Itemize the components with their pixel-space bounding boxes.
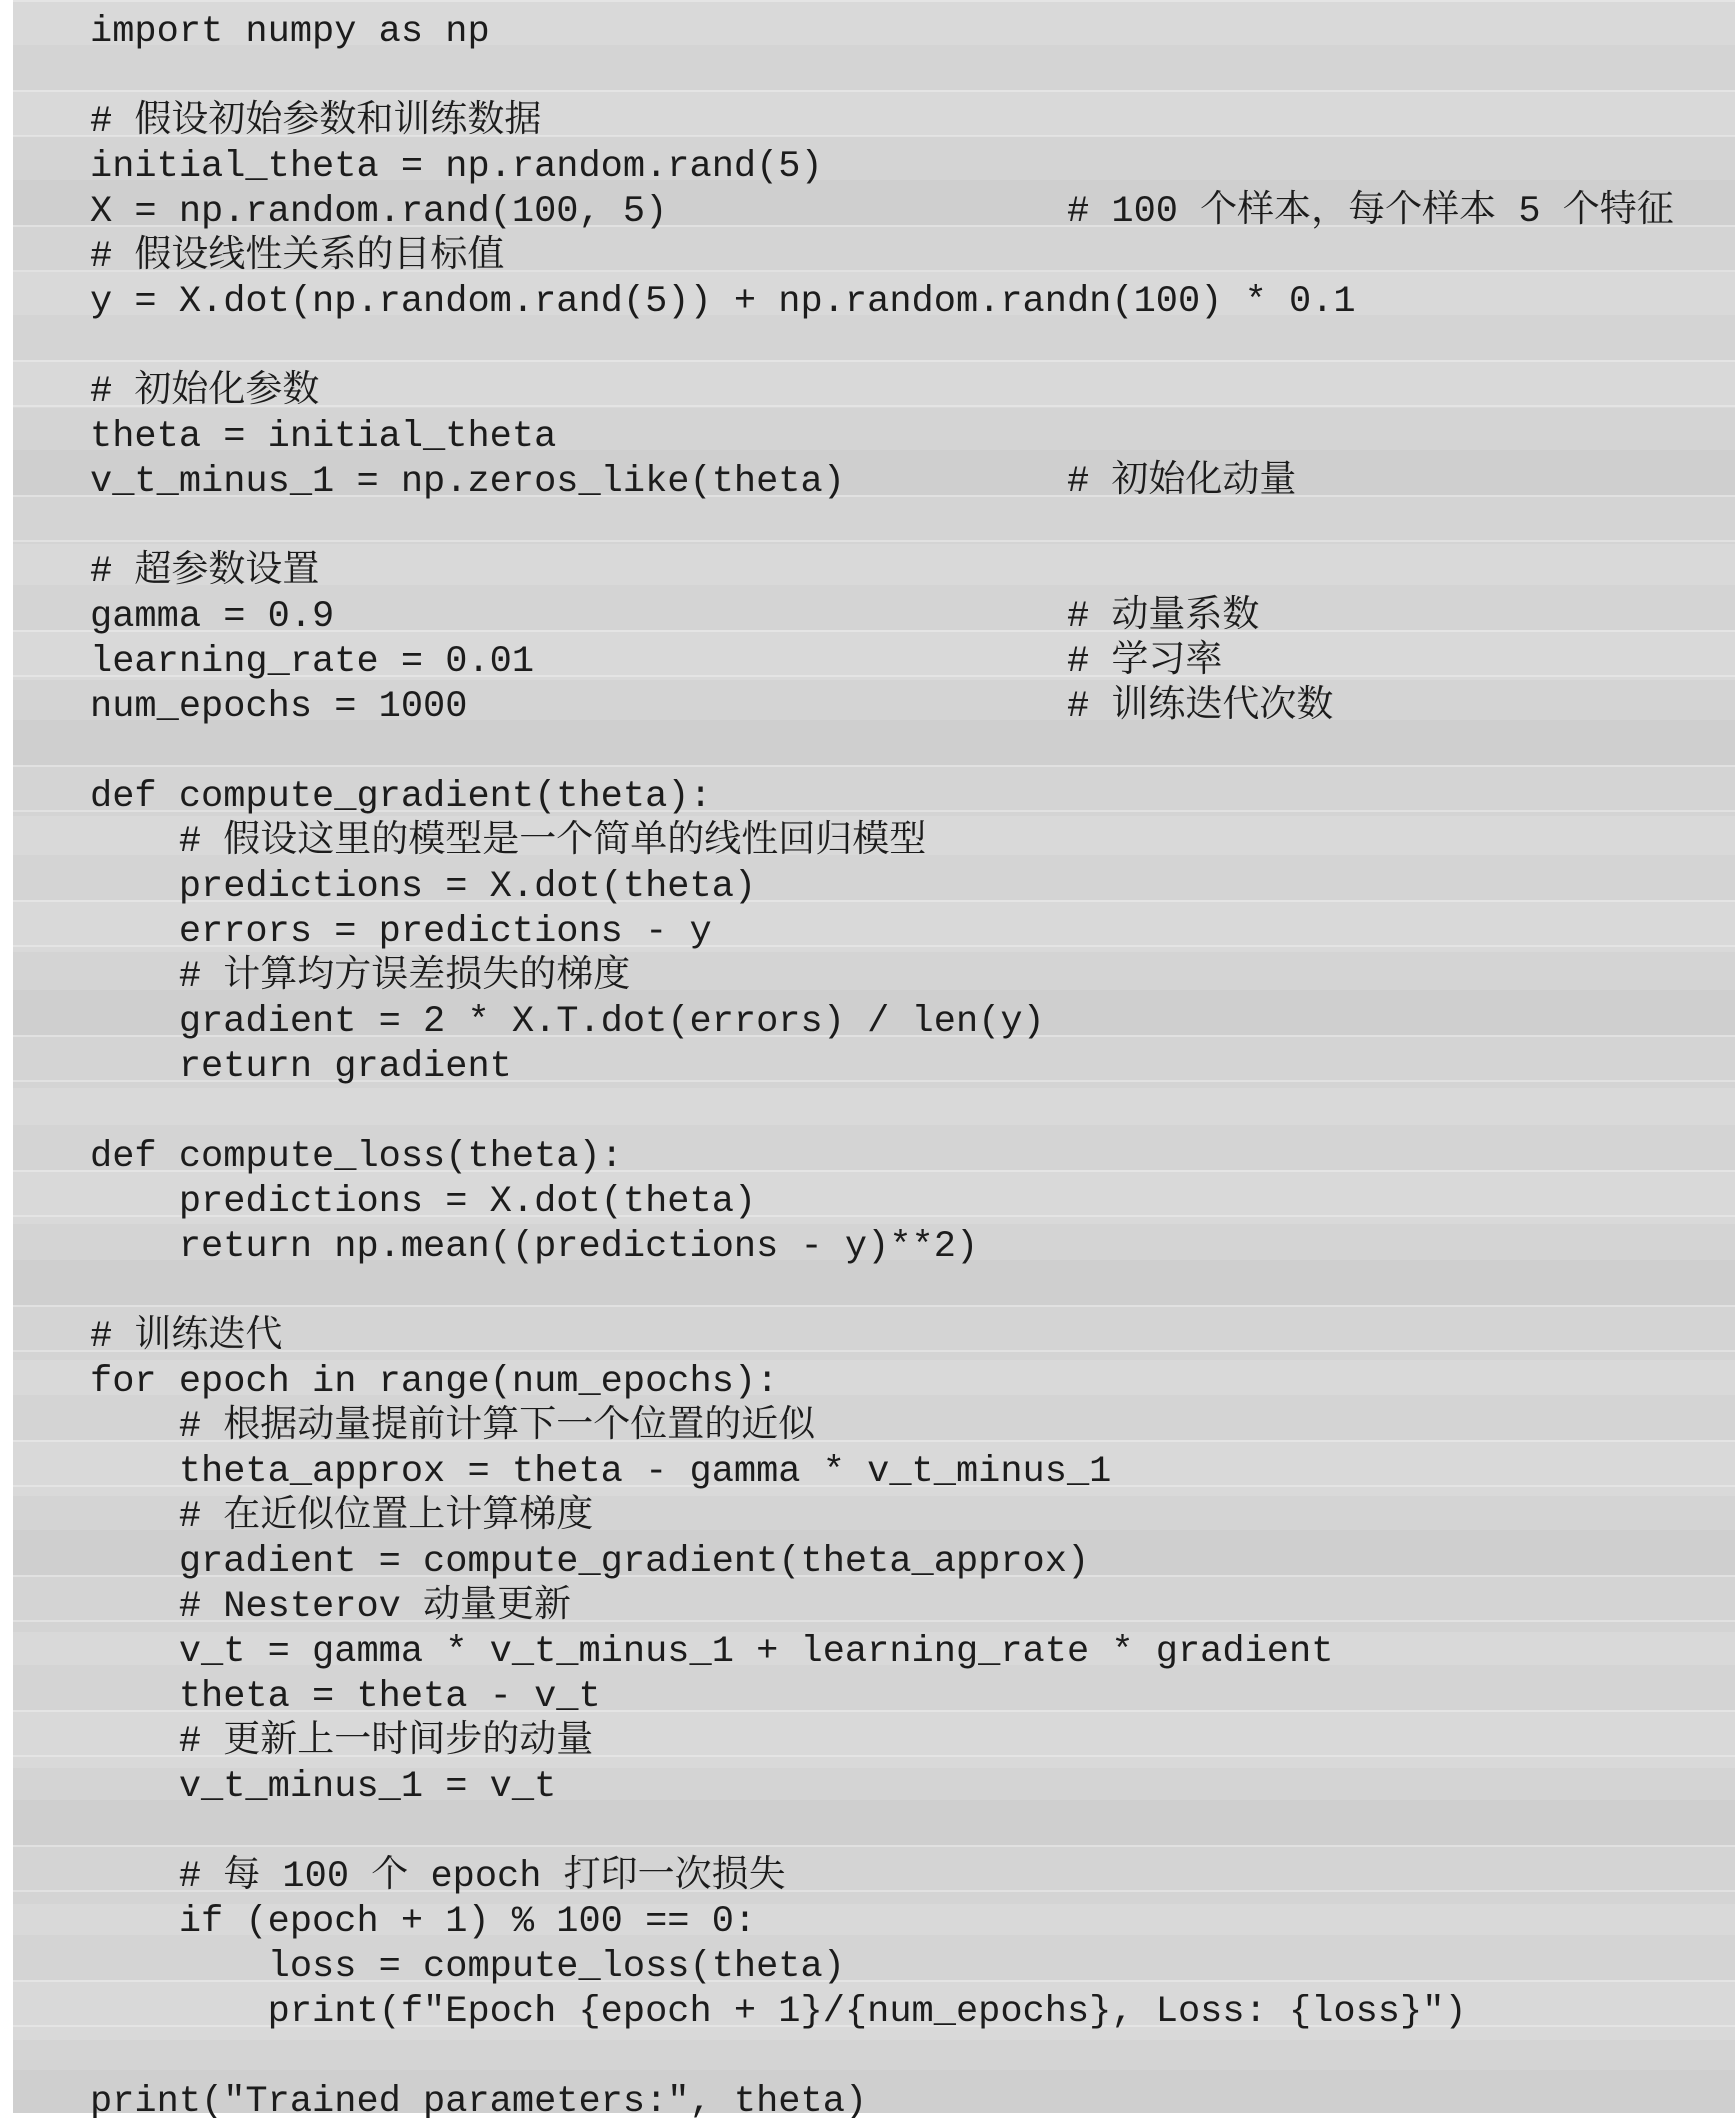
code-block-background: import numpy as np # 假设初始参数和训练数据 initial… [13, 0, 1735, 2113]
python-code-listing: import numpy as np # 假设初始参数和训练数据 initial… [13, 0, 1735, 2118]
scanned-page: import numpy as np # 假设初始参数和训练数据 initial… [0, 0, 1735, 2118]
